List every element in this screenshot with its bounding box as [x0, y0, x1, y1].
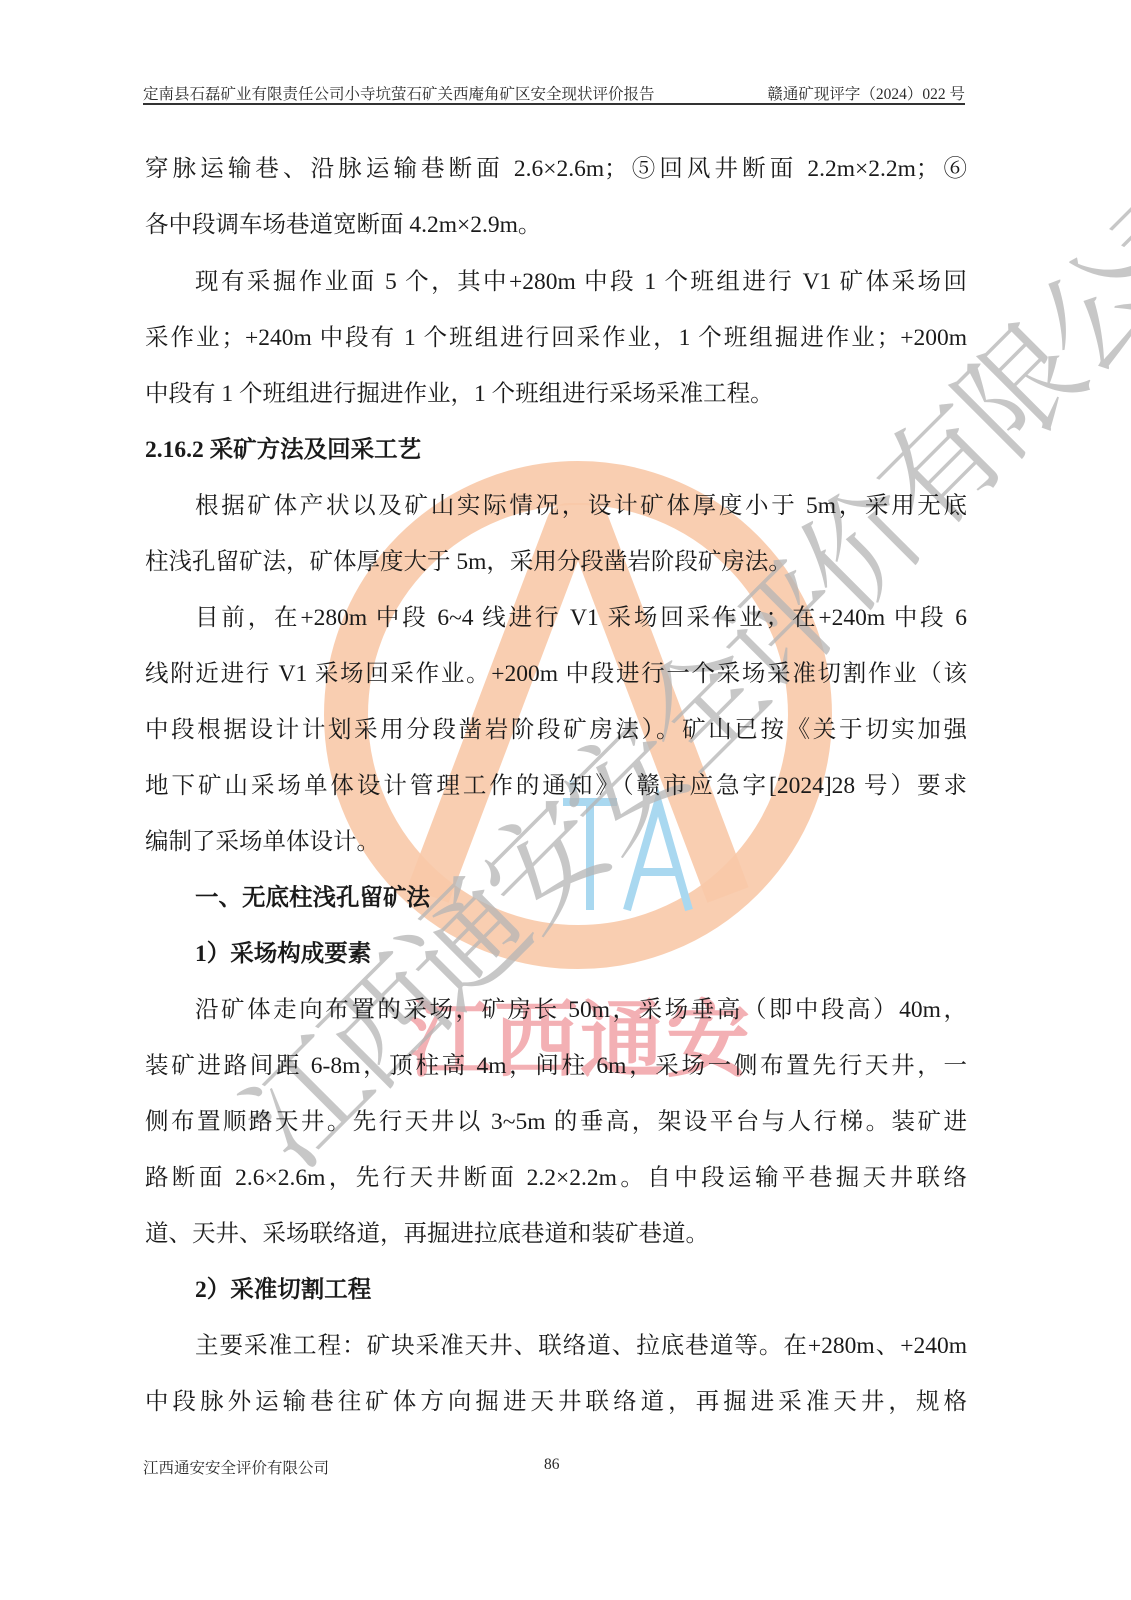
paragraph-line: 线附近进行 V1 采场回采作业。+200m 中段进行一个采场采准切割作业（该 [145, 659, 967, 689]
paragraph-line: 穿脉运输巷、沿脉运输巷断面 2.6×2.6m；⑤回风井断面 2.2m×2.2m；… [145, 154, 967, 184]
paragraph-line: 沿矿体走向布置的采场，矿房长 50m，采场垂高（即中段高）40m， [195, 995, 967, 1025]
subsection-heading: 2）采准切割工程 [195, 1275, 371, 1305]
paragraph-line: 编制了采场单体设计。 [145, 827, 380, 857]
paragraph-line: 现有采掘作业面 5 个，其中+280m 中段 1 个班组进行 V1 矿体采场回 [195, 267, 967, 297]
paragraph-line: 路断面 2.6×2.6m，先行天井断面 2.2×2.2m。自中段运输平巷掘天井联… [145, 1163, 967, 1193]
paragraph-line: 中段有 1 个班组进行掘进作业，1 个班组进行采场采准工程。 [145, 379, 774, 409]
paragraph-line: 各中段调车场巷道宽断面 4.2m×2.9m。 [145, 210, 541, 240]
footer-company: 江西通安安全评价有限公司 [143, 1456, 329, 1478]
paragraph-line: 根据矿体产状以及矿山实际情况，设计矿体厚度小于 5m，采用无底 [195, 491, 967, 521]
paragraph-line: 侧布置顺路天井。先行天井以 3~5m 的垂高，架设平台与人行梯。装矿进 [145, 1107, 967, 1137]
paragraph-line: 中段脉外运输巷往矿体方向掘进天井联络道，再掘进采准天井，规格 [145, 1387, 967, 1417]
paragraph-line: 地下矿山采场单体设计管理工作的通知》（赣市应急字[2024]28 号）要求 [145, 771, 967, 801]
page-number: 86 [544, 1456, 560, 1474]
header-divider [143, 103, 965, 105]
document-number: 赣通矿现评字（2024）022 号 [767, 82, 965, 104]
paragraph-line: 主要采准工程：矿块采准天井、联络道、拉底巷道等。在+280m、+240m [195, 1331, 967, 1361]
paragraph-line: 目前，在+280m 中段 6~4 线进行 V1 采场回采作业；在+240m 中段… [195, 603, 967, 633]
section-heading: 2.16.2 采矿方法及回采工艺 [145, 435, 421, 465]
paragraph-line: 装矿进路间距 6-8m，顶柱高 4m，间柱 6m，采场一侧布置先行天井，一 [145, 1051, 967, 1081]
subsection-heading: 一、无底柱浅孔留矿法 [195, 883, 430, 913]
paragraph-line: 中段根据设计计划采用分段凿岩阶段矿房法）。矿山已按《关于切实加强 [145, 715, 967, 745]
subsection-heading: 1）采场构成要素 [195, 939, 371, 969]
report-title: 定南县石磊矿业有限责任公司小寺坑萤石矿关西庵角矿区安全现状评价报告 [143, 82, 655, 104]
document-page: 江西通安 江西通安安全评价有限公司 定南县石磊矿业有限责任公司小寺坑萤石矿关西庵… [0, 0, 1131, 1600]
paragraph-line: 道、天井、采场联络道，再掘进拉底巷道和装矿巷道。 [145, 1219, 709, 1249]
logo-letters-watermark [555, 780, 695, 920]
paragraph-line: 柱浅孔留矿法，矿体厚度大于 5m，采用分段凿岩阶段矿房法。 [145, 547, 792, 577]
page-header: 定南县石磊矿业有限责任公司小寺坑萤石矿关西庵角矿区安全现状评价报告 赣通矿现评字… [143, 74, 965, 104]
paragraph-line: 采作业；+240m 中段有 1 个班组进行回采作业，1 个班组掘进作业；+200… [145, 323, 967, 353]
